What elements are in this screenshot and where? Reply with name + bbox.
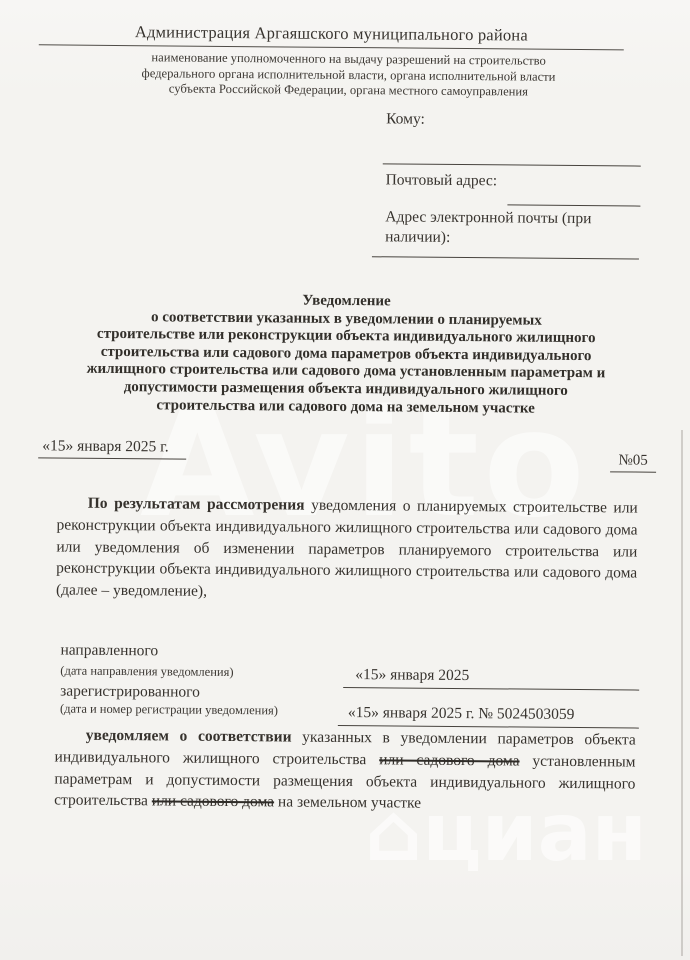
sent-value: «15» января 2025 xyxy=(343,662,639,691)
paragraph-intro: По результатам рассмотрения уведомления … xyxy=(56,492,638,606)
header-caption: наименование уполномоченного на выдачу р… xyxy=(63,50,633,101)
sent-caption: (дата направления уведомления) xyxy=(60,664,233,681)
registered-value: «15» января 2025 г. № 5024503059 xyxy=(338,700,639,729)
email-fill-line xyxy=(372,256,639,259)
postal-fill-line xyxy=(507,204,640,206)
page-edge-shadow xyxy=(681,430,683,956)
sent-label: направленного xyxy=(60,642,158,661)
struck-text-1: или садового дома xyxy=(379,751,520,769)
to-fill-line xyxy=(383,163,641,166)
registered-caption: (дата и номер регистрации уведомления) xyxy=(60,702,278,719)
to-label: Кому: xyxy=(386,110,425,128)
paragraph-conclusion-bold: уведомляем о соответствии xyxy=(86,727,292,746)
paragraph-intro-bold: По результатам рассмотрения xyxy=(88,495,305,514)
paragraph-conclusion: уведомляем о соответствии указанных в ув… xyxy=(54,724,636,816)
postal-label: Почтовый адрес: xyxy=(386,171,498,190)
org-name: Администрация Аргаяшского муниципального… xyxy=(39,21,624,50)
document-title: Уведомление о соответствии указанных в у… xyxy=(41,290,652,418)
scanned-document-page: Avito ⌂циан Администрация Аргаяшского му… xyxy=(0,0,690,960)
document-number: №05 xyxy=(610,452,656,472)
document-date: «15» января 2025 г. xyxy=(38,437,187,459)
registered-label: зарегистрированного xyxy=(60,683,200,702)
paragraph-conclusion-c: на земельном участке xyxy=(274,794,421,812)
struck-text-2: или садового дома xyxy=(152,793,274,811)
email-label: Адрес электронной почты (при наличии): xyxy=(385,207,635,249)
